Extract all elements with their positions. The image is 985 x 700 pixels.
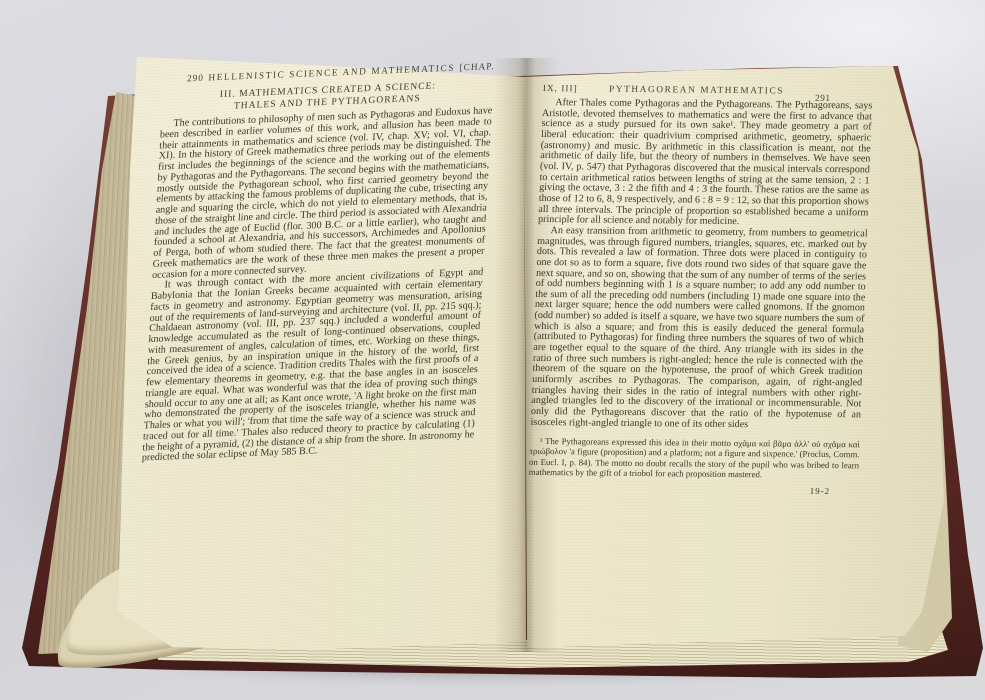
right-corner-label: IX, III]	[543, 84, 578, 94]
left-paragraph-1: The contributions to philosophy of men s…	[152, 106, 493, 281]
left-paragraph-2: It was through contact with the more anc…	[142, 268, 484, 465]
photo-of-open-book: 290 HELLENISTIC SCIENCE AND MATHEMATICS …	[0, 0, 985, 700]
left-page-number: 290	[187, 74, 205, 85]
right-paragraph-2: An easy transition from arithmetic to ge…	[530, 226, 867, 432]
right-page-number: 291	[815, 94, 831, 104]
right-paragraph-1: After Thales come Pythagoras and the Pyt…	[538, 98, 873, 229]
left-page-text: 290 HELLENISTIC SCIENCE AND MATHEMATICS …	[142, 62, 495, 465]
right-running-title: PYTHAGOREAN MATHEMATICS	[609, 85, 784, 97]
right-running-head: IX, III] PYTHAGOREAN MATHEMATICS 291	[543, 84, 873, 97]
right-page-text: IX, III] PYTHAGOREAN MATHEMATICS 291 Aft…	[528, 84, 873, 496]
footnote: ¹ The Pythagoreans expressed this idea i…	[529, 436, 860, 480]
left-corner-label: [CHAP.	[459, 62, 495, 73]
